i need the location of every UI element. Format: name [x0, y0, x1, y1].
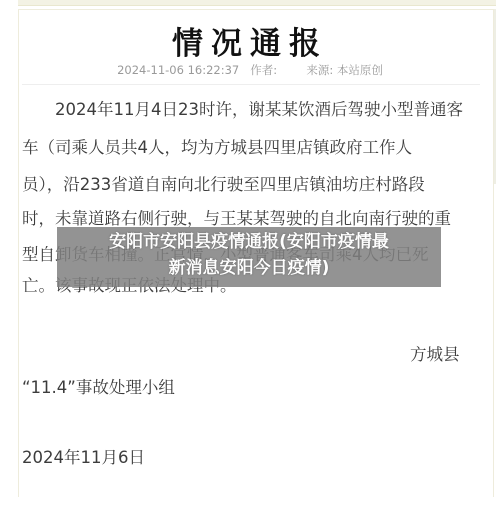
meta-author: 作者: — [250, 63, 277, 77]
top-frame-strip — [18, 0, 496, 6]
caption-text: 安阳市安阳县疫情通报(安阳市疫情最 新消息安阳今日疫情) — [57, 229, 441, 281]
meta-datetime: 2024-11-06 16:22:37 — [117, 63, 239, 77]
caption-line-2: 新消息安阳今日疫情) — [57, 255, 441, 281]
signature-date: 2024年11月6日 — [22, 444, 145, 468]
body-line-1: 2024年11月4日23时许，谢某某饮酒后驾驶小型普通客 — [22, 96, 463, 120]
header-divider — [22, 84, 480, 85]
meta-source: 来源: 本站原创 — [306, 63, 383, 77]
signature-org-county: 方城县 — [410, 341, 460, 365]
body-line-4: 时，未靠道路右侧行驶，与王某某驾驶的自北向南行驶的重 — [22, 205, 451, 229]
document-title: 情况通报 — [0, 18, 500, 63]
body-line-3: 员），沿233省道自南向北行驶至四里店镇油坊庄村路段 — [22, 171, 425, 195]
body-line-2: 车（司乘人员共4人，均为方城县四里店镇政府工作人 — [22, 134, 412, 158]
caption-line-1: 安阳市安阳县疫情通报(安阳市疫情最 — [57, 229, 441, 255]
signature-org-group: “11.4”事故处理小组 — [22, 374, 175, 398]
document-meta: 2024-11-06 16:22:37 作者: 来源: 本站原创 — [0, 62, 500, 78]
